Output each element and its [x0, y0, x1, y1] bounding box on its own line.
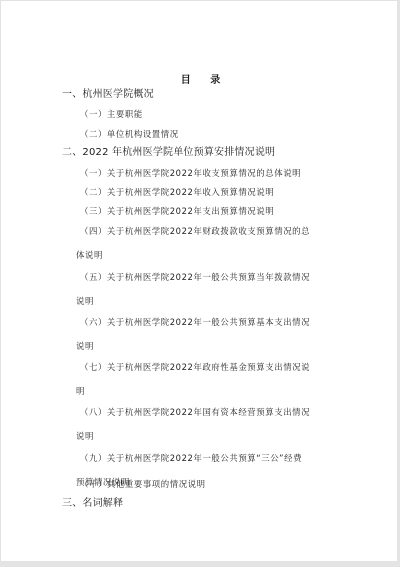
toc-item-2-4-cont[interactable]: 体说明	[76, 249, 103, 261]
toc-section-1[interactable]: 一、杭州医学院概况	[62, 89, 154, 101]
toc-item-2-4[interactable]: （四）关于杭州医学院2022年财政拨款收支预算情况的总	[80, 225, 310, 237]
toc-item-2-6[interactable]: （六）关于杭州医学院2022年一般公共预算基本支出情况	[80, 316, 310, 328]
toc-item-2-1[interactable]: （一）关于杭州医学院2022年收支预算情况的总体说明	[80, 167, 301, 179]
toc-item-2-10[interactable]: （十）其他重要事项的情况说明	[80, 478, 206, 490]
toc-item-2-5[interactable]: （五）关于杭州医学院2022年一般公共预算当年拨款情况	[80, 271, 310, 283]
toc-item-2-7-cont[interactable]: 明	[76, 385, 85, 397]
toc-item-2-5-cont[interactable]: 说明	[76, 295, 94, 307]
toc-item-2-8[interactable]: （八）关于杭州医学院2022年国有资本经营预算支出情况	[80, 406, 310, 418]
document-page: 目 录 一、杭州医学院概况 （一）主要职能 （二）单位机构设置情况 二、2022…	[0, 0, 397, 561]
toc-item-2-3[interactable]: （三）关于杭州医学院2022年支出预算情况说明	[80, 205, 274, 217]
toc-item-2-6-cont[interactable]: 说明	[76, 340, 94, 352]
toc-item-2-8-cont[interactable]: 说明	[76, 430, 94, 442]
toc-section-2[interactable]: 二、2022 年杭州医学院单位预算安排情况说明	[62, 147, 275, 159]
toc-item-2-9[interactable]: （九）关于杭州医学院2022年一般公共预算“三公”经费	[80, 452, 302, 464]
toc-item-1-2[interactable]: （二）单位机构设置情况	[80, 128, 179, 140]
toc-title: 目 录	[1, 71, 398, 86]
toc-section-3[interactable]: 三、名词解释	[62, 498, 123, 510]
toc-item-1-1[interactable]: （一）主要职能	[80, 108, 143, 120]
toc-item-2-7[interactable]: （七）关于杭州医学院2022年政府性基金预算支出情况说	[80, 361, 310, 373]
toc-item-2-2[interactable]: （二）关于杭州医学院2022年收入预算情况说明	[80, 186, 274, 198]
